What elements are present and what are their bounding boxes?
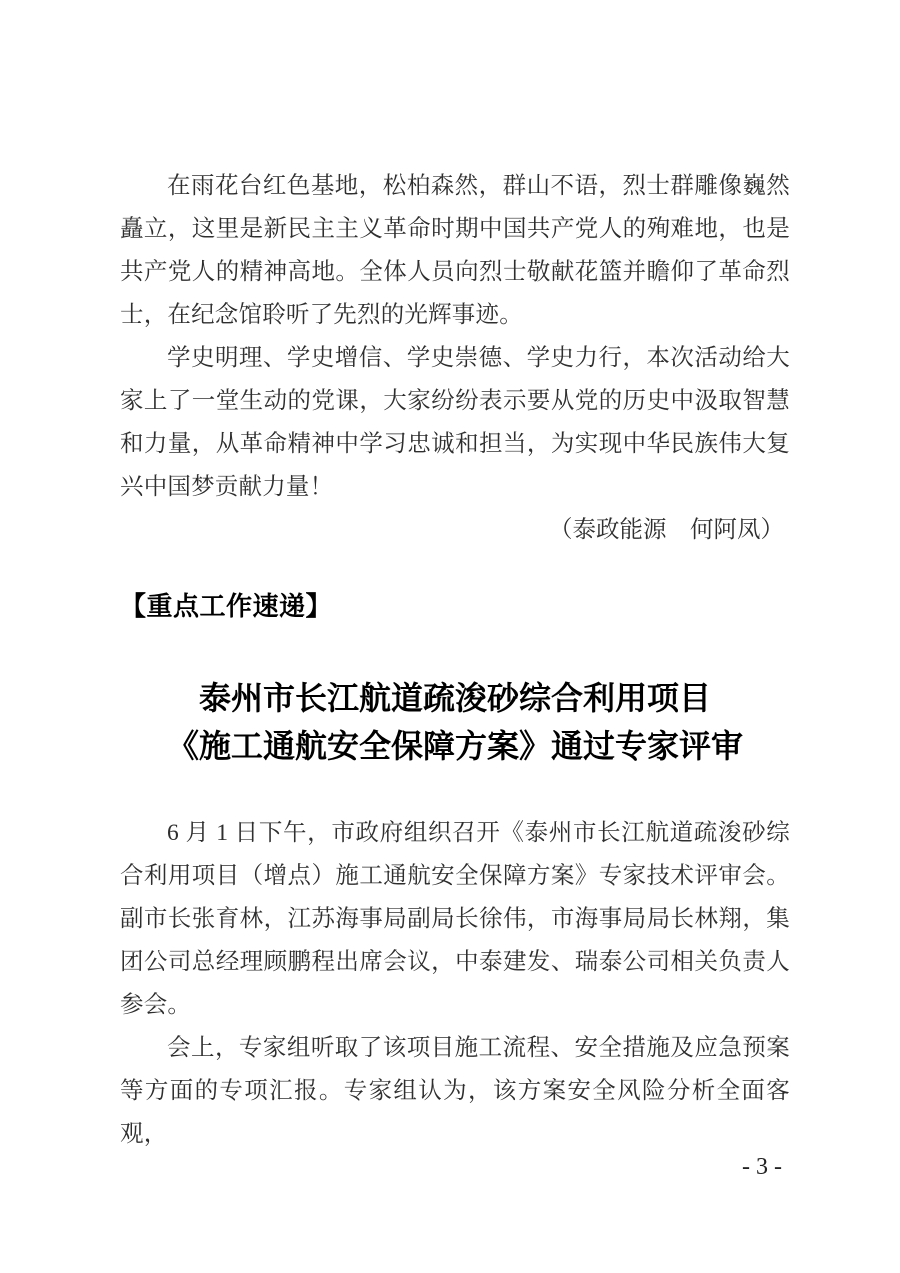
page-number: - 3 - bbox=[742, 1152, 782, 1182]
paragraph-yuhuatai: 在雨花台红色基地，松柏森然，群山不语，烈士群雕像巍然矗立，这里是新民主主义革命时… bbox=[120, 165, 790, 337]
section-heading-key-work: 【重点工作速递】 bbox=[120, 590, 790, 624]
paragraph-expert-opinion: 会上，专家组听取了该项目施工流程、安全措施及应急预案等方面的专项汇报。专家组认为… bbox=[120, 1027, 790, 1156]
document-page: 在雨花台红色基地，松柏森然，群山不语，烈士群雕像巍然矗立，这里是新民主主义革命时… bbox=[0, 0, 900, 1273]
article-title: 泰州市长江航道疏浚砂综合利用项目 《施工通航安全保障方案》通过专家评审 bbox=[120, 674, 790, 770]
article-party-history: 在雨花台红色基地，松柏森然，群山不语，烈士群雕像巍然矗立，这里是新民主主义革命时… bbox=[120, 165, 790, 552]
paragraph-meeting: 6 月 1 日下午，市政府组织召开《泰州市长江航道疏浚砂综合利用项目（增点）施工… bbox=[120, 812, 790, 1027]
paragraph-party-lesson: 学史明理、学史增信、学史崇德、学史力行，本次活动给大家上了一堂生动的党课，大家纷… bbox=[120, 337, 790, 509]
article-title-line-1: 泰州市长江航道疏浚砂综合利用项目 bbox=[120, 674, 790, 722]
article-expert-review: 泰州市长江航道疏浚砂综合利用项目 《施工通航安全保障方案》通过专家评审 6 月 … bbox=[120, 674, 790, 1156]
article-body: 6 月 1 日下午，市政府组织召开《泰州市长江航道疏浚砂综合利用项目（增点）施工… bbox=[120, 812, 790, 1156]
article-title-line-2: 《施工通航安全保障方案》通过专家评审 bbox=[120, 722, 790, 770]
page-content: 在雨花台红色基地，松柏森然，群山不语，烈士群雕像巍然矗立，这里是新民主主义革命时… bbox=[120, 165, 790, 1156]
article-byline: （泰政能源 何阿凤） bbox=[120, 509, 790, 552]
